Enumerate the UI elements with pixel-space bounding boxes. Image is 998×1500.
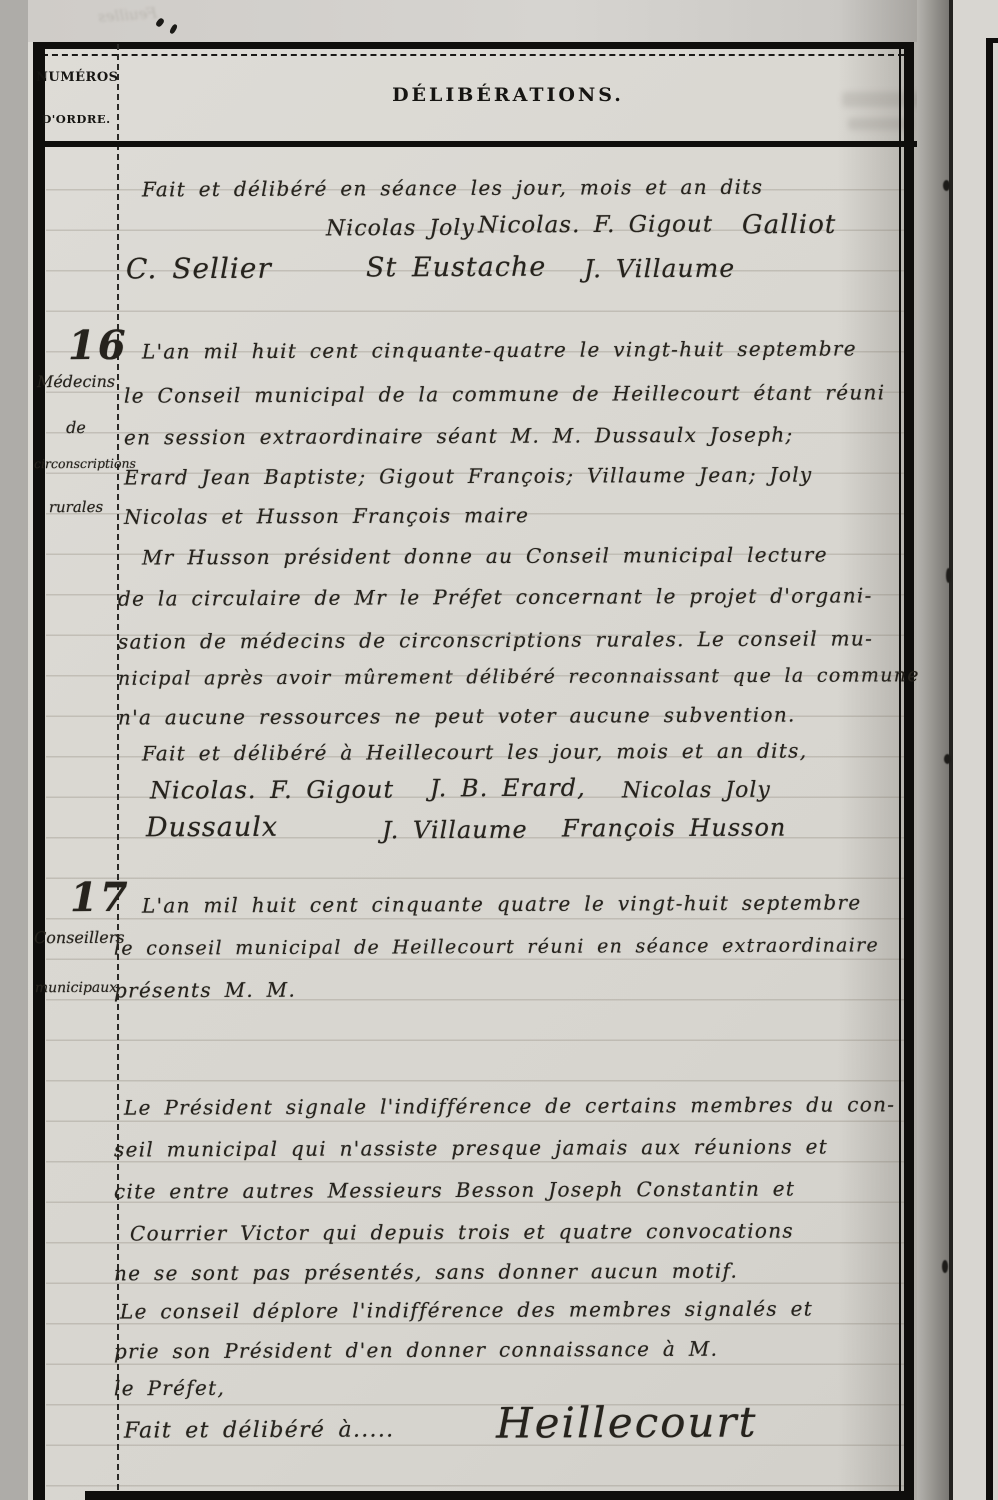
entry16-margin-label: circonscriptions: [34, 456, 118, 471]
entry17-line: le conseil municipal de Heillecourt réun…: [114, 934, 879, 959]
signature: François Husson: [562, 814, 786, 843]
entry16-number: 16: [68, 322, 128, 369]
entry16-margin-label: de: [34, 418, 118, 437]
page-title: DÉLIBÉRATIONS.: [118, 84, 898, 106]
entry17-line: seil municipal qui n'assiste presque jam…: [114, 1134, 828, 1161]
entry16-line: Fait et délibéré à Heillecourt les jour,…: [142, 739, 807, 766]
signature: J. B. Erard,: [430, 774, 586, 803]
signature: Nicolas Joly: [622, 778, 771, 804]
next-page-border: [986, 38, 993, 1500]
ink-blot: [942, 1260, 948, 1273]
frame-right-inner-line: [899, 46, 901, 1500]
frame-top-border: [33, 42, 913, 49]
frame-top-inner-dashed: [42, 54, 904, 56]
register-scan: Feuilles NUMÉROS D'ORDRE. DÉLIBÉRATIONS.…: [0, 0, 998, 1500]
entry17-line: ne se sont pas présentés, sans donner au…: [114, 1259, 738, 1286]
entry17-line: L'an mil huit cent cinquante quatre le v…: [142, 890, 862, 917]
entry16-line: L'an mil huit cent cinquante-quatre le v…: [142, 336, 857, 363]
signature: Nicolas Joly: [326, 216, 475, 242]
ink-blot: [944, 754, 951, 764]
signature: J. Villaume: [382, 816, 528, 845]
margin-header-line2: D'ORDRE.: [36, 112, 116, 126]
entry16-line: en session extraordinaire séant M. M. Du…: [124, 423, 794, 450]
entry16-line: le Conseil municipal de la commune de He…: [124, 380, 885, 407]
entry16-line: Erard Jean Baptiste; Gigout François; Vi…: [124, 462, 813, 489]
signature: Nicolas. F. Gigout: [478, 211, 713, 238]
entry16-line: sation de médecins de circonscriptions r…: [118, 626, 873, 653]
ghost-smudge: [848, 118, 912, 130]
ink-blot: [943, 180, 950, 191]
entry17-line: Le conseil déplore l'indifférence des me…: [120, 1296, 813, 1323]
entry16-line: Mr Husson président donne au Conseil mun…: [142, 543, 828, 570]
entry16-line: de la circulaire de Mr le Préfet concern…: [118, 583, 873, 610]
entry16-line: n'a aucune ressources ne peut voter aucu…: [118, 703, 796, 730]
frame-right-border: [904, 42, 914, 1500]
next-page-top-stub: [986, 38, 998, 43]
signature: J. Villaume: [584, 254, 735, 284]
entry16-margin-label: rurales: [34, 498, 118, 516]
entry17-closing-prefix: Fait et délibéré à.....: [124, 1417, 395, 1443]
entry17-closing-place: Heillecourt: [496, 1397, 758, 1447]
signature: Galliot: [742, 210, 836, 240]
signature: C. Sellier: [126, 252, 272, 286]
margin-header-line1: NUMÉROS: [36, 70, 116, 85]
entry17-number: 17: [70, 874, 130, 921]
signature: St Eustache: [366, 252, 546, 284]
frame-left-border: [33, 42, 45, 1500]
entry16-line: Nicolas et Husson François maire: [124, 503, 529, 529]
entry17-margin-label: Conseillers: [34, 928, 118, 947]
closing-prev-line: Fait et délibéré en séance les jour, moi…: [142, 175, 763, 202]
entry17-margin-label: municipaux: [34, 980, 118, 996]
entry16-line: nicipal après avoir mûrement délibéré re…: [118, 664, 920, 689]
entry17-line: présents M. M.: [114, 978, 296, 1003]
signature: Nicolas. F. Gigout: [150, 775, 394, 804]
entry17-line: le Préfet,: [114, 1376, 225, 1400]
header-bottom-rule: [33, 141, 918, 147]
entry17-line: cite entre autres Messieurs Besson Josep…: [114, 1177, 795, 1204]
entry17-line: Courrier Victor qui depuis trois et quat…: [130, 1219, 794, 1246]
bottom-scan-edge: [85, 1491, 913, 1500]
ink-blot: [946, 568, 951, 583]
entry16-margin-label: Médecins: [34, 372, 118, 391]
signature: Dussaulx: [146, 812, 278, 844]
entry17-line: Le Président signale l'indifférence de c…: [124, 1092, 895, 1119]
entry17-line: prie son Président d'en donner connaissa…: [114, 1337, 718, 1364]
